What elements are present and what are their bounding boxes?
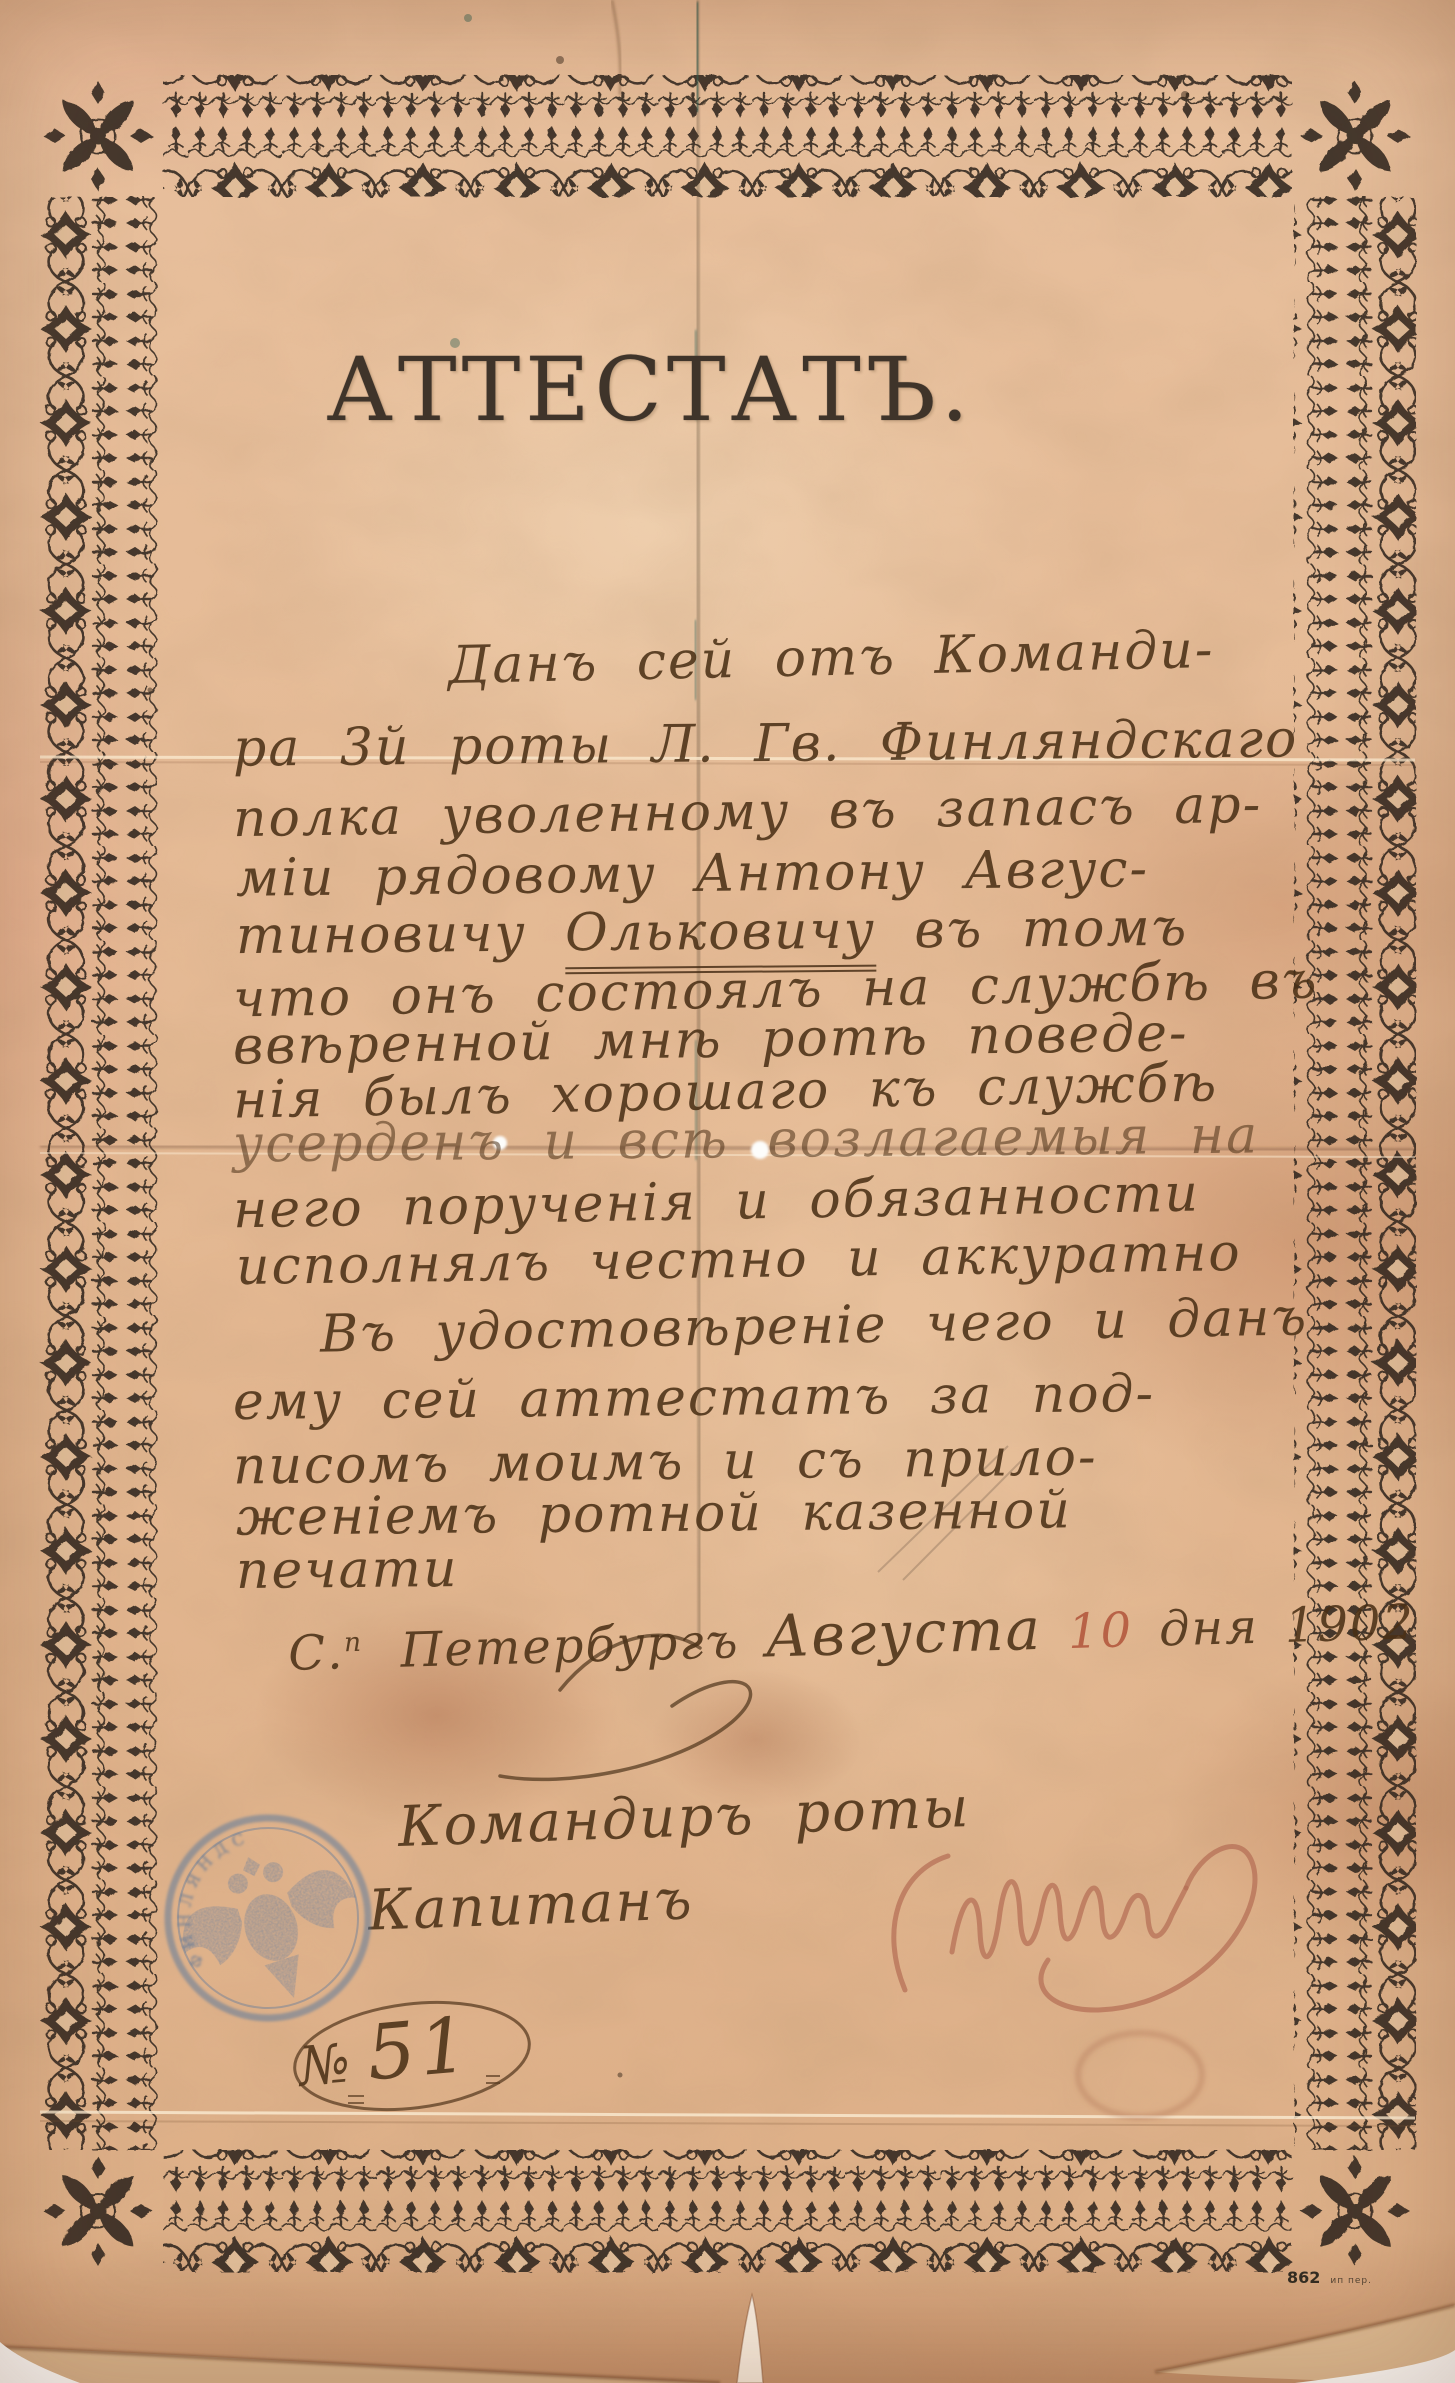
scanned-certificate-page: АТТЕСТАТЪ. Данъ сей отъ Команди- ра 3й р…	[0, 0, 1455, 2383]
edge-vignette	[0, 0, 1455, 2383]
